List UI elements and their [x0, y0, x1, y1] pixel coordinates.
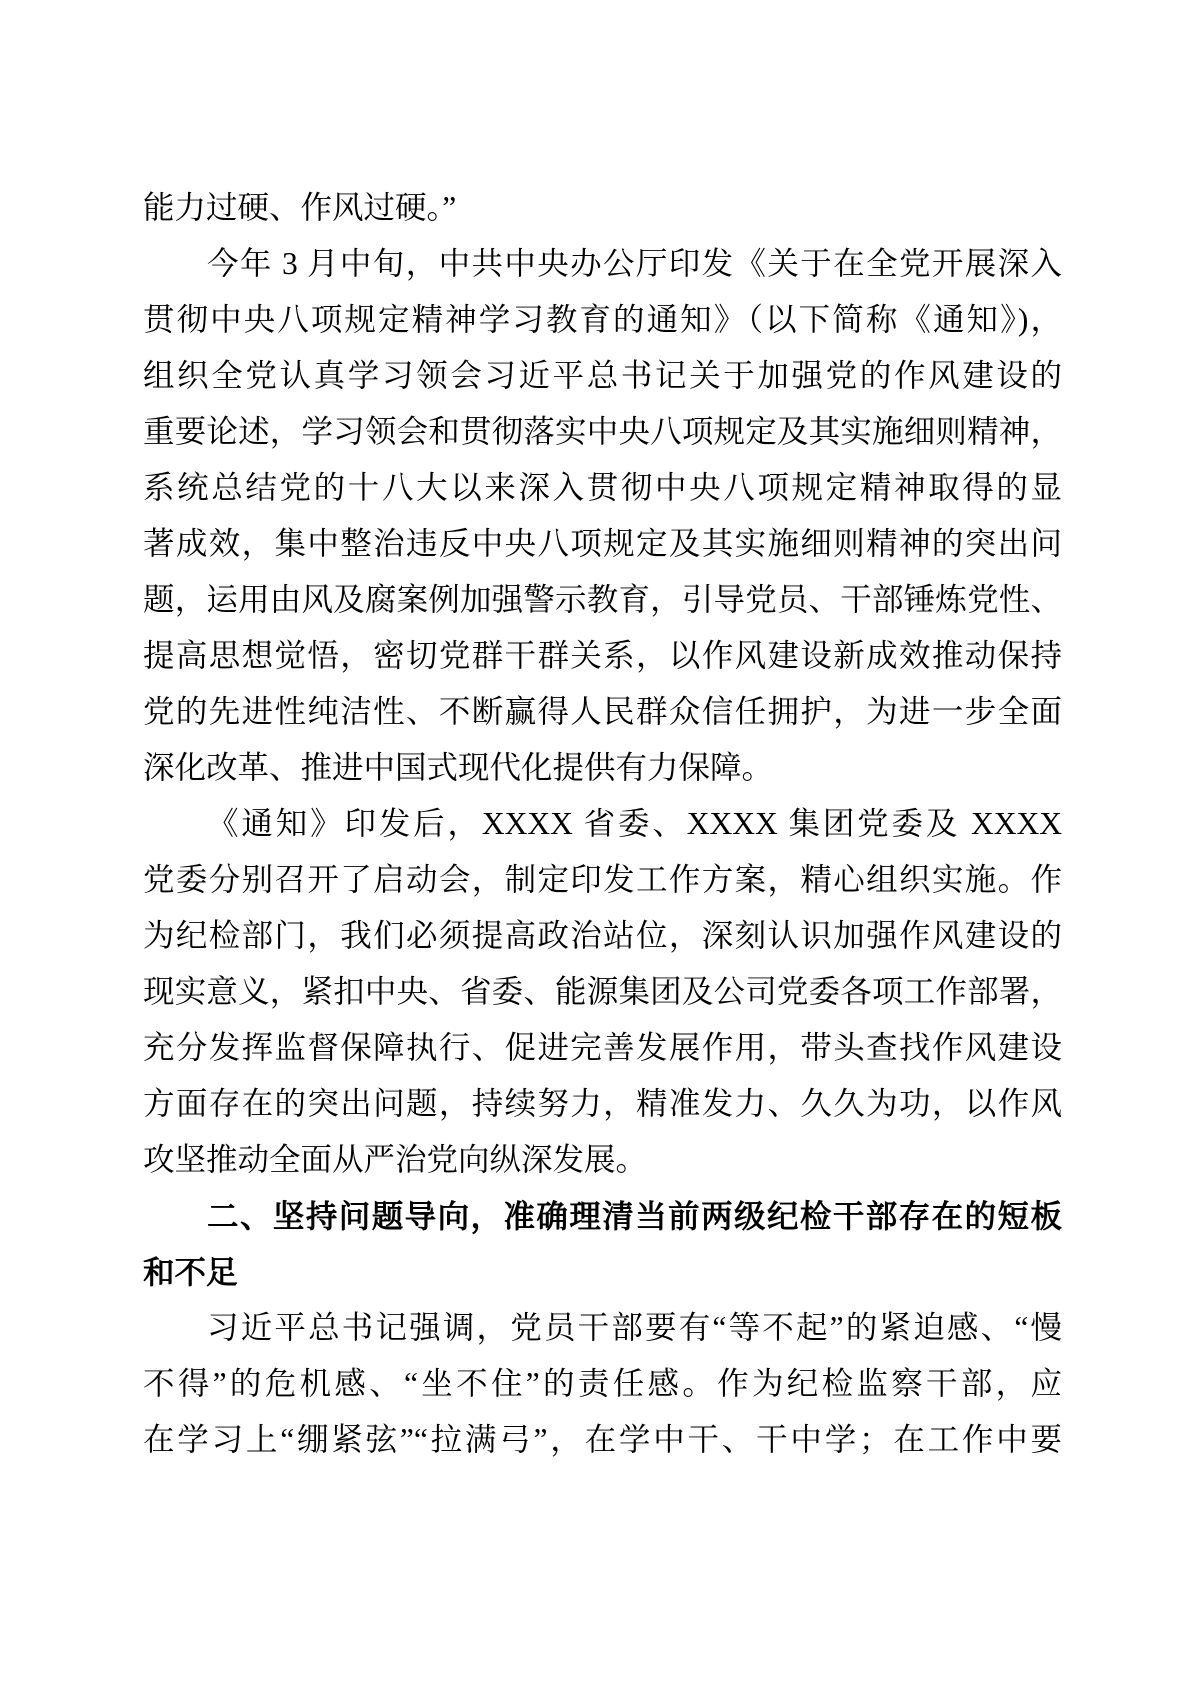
text-line: 今年 3 月中旬，中共中央办公厅印发《关于在全党开展深入 — [143, 236, 1062, 292]
section-heading-line: 和不足 — [143, 1244, 1062, 1300]
text-line: 《通知》印发后，XXXX 省委、XXXX 集团党委及 XXXX — [143, 796, 1062, 852]
text-line: 组织全党认真学习领会习近平总书记关于加强党的作风建设的 — [143, 348, 1062, 404]
section-heading-line: 二、坚持问题导向，准确理清当前两级纪检干部存在的短板 — [143, 1188, 1062, 1244]
document-body: 能力过硬、作风过硬。” 今年 3 月中旬，中共中央办公厅印发《关于在全党开展深入… — [143, 180, 1062, 1468]
text-line: 题，运用由风及腐案例加强警示教育，引导党员、干部锤炼党性、 — [143, 572, 1062, 628]
text-line: 习近平总书记强调，党员干部要有“等不起”的紧迫感、“慢 — [143, 1300, 1062, 1356]
text-line: 攻坚推动全面从严治党向纵深发展。 — [143, 1132, 1062, 1188]
text-line: 为纪检部门，我们必须提高政治站位，深刻认识加强作风建设的 — [143, 908, 1062, 964]
text-line: 在学习上“绷紧弦”“拉满弓”，在学中干、干中学；在工作中要 — [143, 1412, 1062, 1468]
text-line: 贯彻中央八项规定精神学习教育的通知》（以下简称《通知》)， — [143, 292, 1062, 348]
text-line: 现实意义，紧扣中央、省委、能源集团及公司党委各项工作部署， — [143, 964, 1062, 1020]
text-line: 系统总结党的十八大以来深入贯彻中央八项规定精神取得的显 — [143, 460, 1062, 516]
text-line: 著成效，集中整治违反中央八项规定及其实施细则精神的突出问 — [143, 516, 1062, 572]
text-line: 提高思想觉悟，密切党群干群关系，以作风建设新成效推动保持 — [143, 628, 1062, 684]
text-line: 深化改革、推进中国式现代化提供有力保障。 — [143, 740, 1062, 796]
text-line: 不得”的危机感、“坐不住”的责任感。作为纪检监察干部，应 — [143, 1356, 1062, 1412]
text-line: 能力过硬、作风过硬。” — [143, 180, 1062, 236]
text-line: 方面存在的突出问题，持续努力，精准发力、久久为功，以作风 — [143, 1076, 1062, 1132]
text-line: 党的先进性纯洁性、不断赢得人民群众信任拥护，为进一步全面 — [143, 684, 1062, 740]
text-line: 重要论述，学习领会和贯彻落实中央八项规定及其实施细则精神， — [143, 404, 1062, 460]
text-line: 党委分别召开了启动会，制定印发工作方案，精心组织实施。作 — [143, 852, 1062, 908]
text-line: 充分发挥监督保障执行、促进完善发展作用，带头查找作风建设 — [143, 1020, 1062, 1076]
document-page: 能力过硬、作风过硬。” 今年 3 月中旬，中共中央办公厅印发《关于在全党开展深入… — [0, 0, 1190, 1683]
